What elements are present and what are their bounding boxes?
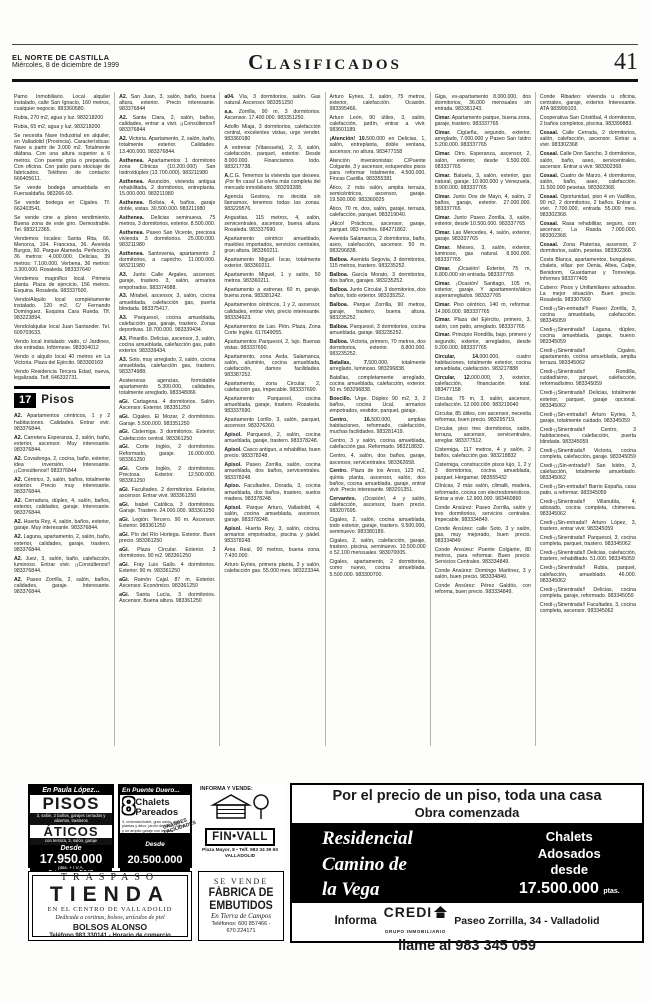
classified-ad: A2. Céntrico, 3, salón, baños, totalment… [14,477,110,495]
classified-ad: aGi. Corte Inglés, 2 dormitorios. Reform… [119,444,215,462]
classified-ad: a,a. Zorrilla, 90 m, 3 dormitorios. Asce… [224,109,320,121]
issue-date: Miércoles, 8 de diciembre de 1999 [12,62,192,71]
classified-ad: Cosaal. Rasa rehabilitar, seguro, con as… [540,221,636,239]
ad-address: Plaza Mayor, 8 • Telf. 983 34 39 60 VALL… [196,848,284,860]
classified-ad: Centro, 16.500.000, amplias habitaciones… [330,417,426,435]
classified-ad: Credi-¡¡Sin-entrada!! Arturo López, 3, t… [540,520,636,532]
classified-ad: aGi. Plaza Circular. Exterior. 3 dormito… [119,547,215,559]
classified-ad: Cimar. Apartamento parque, buena zona, g… [435,115,531,127]
classifieds-column-6: Conde Ribadeo: vivienda u oficina, centr… [535,92,640,746]
display-ad-credi-camino-vega: Por el precio de un piso, toda una casa … [290,783,644,943]
classified-ad: Cooperativa San Cristóbal, 4 dormitorios… [540,115,636,127]
classified-ad: Clínicas, 2 más salón, climalit, madera,… [435,483,531,501]
ad-title-pisos: PISOS [30,795,112,813]
classified-ad: Conde Ansúrez: Pérez Galdós, con reforma… [435,583,531,595]
classified-ad: Rubia, 270 m2, agua y luz. 983218200 [14,115,110,121]
offer-line: Adosados [497,846,642,863]
classified-ad: Cosaal. Calle Cerrada, 2 dormitorios, sa… [540,130,636,148]
classified-ad: Apartamento Miguel Íscar, totalmente ext… [224,257,320,269]
classified-ad: Asthenea. Santovenia, apartamento 2 dorm… [119,251,215,269]
classified-ad: Cimar. ¡Ocasión! Santiago, 105 m, exteri… [435,281,531,299]
title-line: Pareados [135,807,178,818]
classified-ad: Asthenea. Paseo San Vicente, preciosa vi… [119,230,215,248]
classified-ad: Centro, 3 y salón, cocina amueblada, cal… [330,438,426,450]
classified-ad: A.C.G. Tenemos la vivienda que desees. ¡… [224,173,320,191]
phone-line: Teléfonos: 600 857466 - [211,921,270,927]
classified-ad: Asthenea. Apartamentos 1 dormitorio zona… [119,158,215,176]
classified-ad: Credi-¡¡Sinentrada!! Victoria, cocina co… [540,448,636,460]
classified-ad: Aosteneras agencias, formidable apartame… [119,378,215,396]
classified-ad: Cimar. Las Mercedes, 4, salón, exterior,… [435,230,531,242]
ad-subtext: 3, salón, 2 baños, garajes cerrados y ab… [30,813,112,825]
classified-ad: Apartamento Miguel, 1 y salón, 50 metros… [224,272,320,284]
classified-ad: Credi-¡¡Sin-entrada!! Arturo Eyries, 3, … [540,412,636,424]
column1-locales-list: Pamo Inmobiliario. Local alquiler instal… [14,94,110,381]
classified-ad: A2. San Juan, 3, salón, baño, buena altu… [119,94,215,112]
classified-ad: Credi-¡¡Sinentrada!! Delicias, cocina co… [540,587,636,599]
classified-ad: Costa Blanca, apartamentos, bungalows, c… [540,257,636,282]
classified-ad: Cimar. Junto Dos de Mayo, 4, salón, 2 ba… [435,194,531,212]
classified-ad: Giga, es-apartamento 8.000.000, dos dorm… [435,94,531,112]
ad-subtitle: EN EL CENTRO DE VALLADOLID [33,906,187,914]
classified-ad: Credi-¡¡Sin-entrada!! Barrio España, cas… [540,484,636,496]
offer-block: Chalets Adosados desde 17.500.000 ptas. [497,829,642,900]
classified-ad: Arturo León, 90 útiles, 3, salón, calefa… [330,115,426,133]
classified-ad: Vendo/Alquilo local completamente instal… [14,297,110,322]
display-ad-finvall: INFORMA Y VENDE: FIN•VALL Plaza Mayor, 8… [196,784,284,868]
classified-ad: Cimar. Junto Paseo Zorrilla, 3, salón, e… [435,215,531,227]
classified-ad: A3. Mirabel, ascensor, 3, salón, cocina … [119,293,215,311]
classified-ad: ¡Ático! Prácticos, ascensor, garaje, par… [330,221,426,233]
contact-row: Informa CREDI GRUPO INMOBILIARIO Paseo Z… [296,905,638,937]
classified-ad: Circular, 12.000.000, 3, exterior, calef… [435,375,531,393]
classified-ad: Credi-¡¡Sinentrada!! Facultades, 3, coci… [540,602,636,614]
classified-ad: Credi-¡¡Sinentrada!! Rubia, parquet, cal… [540,565,636,583]
display-ad-puente-duero: En Puente Duero... 8 Chalets Pareados 3,… [118,784,192,868]
ad-title-block: 8 Chalets Pareados [120,795,190,820]
classified-ad: A2. Santa Clara, 2, salón, baños, calida… [119,115,215,133]
classified-ad: Cosaal. Cuatro de Marzo, 4 dormitorios, … [540,173,636,191]
classified-ad: Credi-¡¡Sinentrada!! Delicias, calefacci… [540,550,636,562]
section-label: Pisos [41,394,74,408]
classified-ad: A2. Laguna, apartamento, 2, salón, baño,… [14,534,110,552]
classified-ad: Apisol. Parquesol, 2, salón, cocina amue… [224,432,320,444]
classified-ad: Circular, 75 m, 3, salón, ascensor, cale… [435,396,531,408]
classified-ad: Vendemos locales: Santa Rita, 66. Menorc… [14,236,110,273]
ad-subtext: con terraza, 3, salón, garaje [30,838,112,845]
classified-ad: Balboa. Parque Zorrilla, 90 metros, gara… [330,302,426,320]
classified-ad: Apartamentos de Lao. Pión. Plaza, Zona C… [224,324,320,336]
classified-ad: Apisol. Parque Arturo, Valladolid, 4, sa… [224,505,320,523]
masthead-left: EL NORTE DE CASTILLA Miércoles, 8 de dic… [12,53,192,71]
classified-ad: A2. Covadonga, 2, cocina, baño, exterior… [14,456,110,474]
classified-ad: Cimar. Principio Rondilla, bajo, primero… [435,332,531,350]
classified-ad: aGi. Cisterniga. 3 dormitorios. Exterior… [119,429,215,441]
classifieds-column-1: Pamo Inmobiliario. Local alquiler instal… [10,92,114,746]
classified-ad: aGi. Cartagena. 4 dormitorios. Salón. As… [119,399,215,411]
ad-tagline: INFORMA Y VENDE: [196,786,284,792]
classifieds-column-3: a04. Vía, 3 dormitorios, salón. Gas natu… [219,92,324,746]
city-line: VALLADOLID [225,854,256,859]
classified-ad: Cubero: Pisos y Unifamiliares adosados. … [540,285,636,303]
classified-ad: Apisol. Casco antiguo, a rehabilitar, bu… [224,447,320,459]
classified-ad: Ático, 70 m, dos, salón, garaje, terraza… [330,206,426,218]
classified-ad: Credi-¡¡Sinentrada!! Delicias, totalment… [540,390,636,408]
classified-ad: Centro, 4, salón, dos baños, garaje, asc… [330,453,426,465]
classified-ad: Cisterniga, construcción pisos lujo, 1, … [435,462,531,480]
classified-ad: Vendo o alquilo local 40 metros en La Vi… [14,354,110,366]
classified-ad: Balboa. Avenida Segovia, 3 dormitorios, … [330,257,426,269]
section-title: CLASIFICADOS [192,50,458,75]
classified-ad: Batallas, completamente arreglado, cocin… [330,375,426,393]
classified-ad: Se necesita Nave Industrial en alquiler,… [14,133,110,182]
classified-ad: A2. Victoria. Apartamento, 2, salón, bañ… [119,136,215,154]
classified-ad: Adolfo Miaja, 3 dormitorios, calefacción… [224,124,320,142]
classified-ad: A3. Parquesol, cocina amueblada, calefac… [119,315,215,333]
classified-ad: Apartamento a estrenar, 60 m, garaje, bu… [224,287,320,299]
credi-logo-name: CREDI [384,905,448,919]
classified-ad: Se vende cine a pleno rendimiento. Buena… [14,215,110,233]
classified-ad: Circular, 85 útiles, con ascensor, neces… [435,411,531,423]
classified-ad: Cigales, apartamento, 2 dormitorios, com… [330,559,426,577]
classified-ad: Credi-¡¡Sinentrada!! Centro, 3 habitacio… [540,427,636,445]
newspaper-page: EL NORTE DE CASTILLA Miércoles, 8 de dic… [0,0,650,1004]
house-illustration-icon [196,793,284,826]
classified-ad: Ático, 2 más salón, amplia terraza, semi… [330,185,426,203]
classified-ad: aGi. Corte Inglés, 2 dormitorios. Precio… [119,466,215,484]
classified-ad: A3. Pinarillo. Delicias, ascensor, 3, sa… [119,336,215,354]
display-ad-fabrica-embutidos: SE VENDE FÁBRICA DE EMBUTIDOS En Tierra … [198,871,284,941]
ad-body: Residencial Camino de la Vega Chalets Ad… [292,826,642,903]
classified-ad: Apiso. Facultades, Dorada, 3, cocina amu… [224,483,320,501]
ad-location: En Tierra de Campos [199,912,283,921]
price-value: 20.500.000 [127,854,182,866]
classified-ad: aGi. Santa Lucía, 3 dormitorios. Ascenso… [119,592,215,604]
ad-brand: BOLSOS ALONSO [33,922,187,933]
ad-phone: llame al 983 345 059 [296,938,638,954]
classified-ad: Conde Ansúrez: calle Soto, 3 y salón, ga… [435,526,531,544]
classified-ad: Asthenea. Asunción, vivienda antigua reh… [119,179,215,197]
ad-subheadline: Obra comenzada [292,805,642,821]
classified-ad: Asthenea. Bolivia, 4, baños, garaje dobl… [119,200,215,212]
ad-headline-band: Por el precio de un piso, toda una casa … [292,785,642,826]
classified-ad: aGi. Cigales. El Mozar, 2 dormitorios. G… [119,414,215,426]
classified-ad: Apartamento Parquesol, cocina amueblada,… [224,396,320,414]
title-line: EMBUTIDOS [209,900,272,912]
classified-ad: A3. Junto Calle Argales, ascensor, garaj… [119,272,215,290]
classified-ad: Credi-¡¡¡Sin-entrada!!! San Isidro, 3, c… [540,463,636,481]
offer-line: desde [497,862,642,879]
credi-logo: CREDI GRUPO INMOBILIARIO [384,905,448,937]
classified-ad: ¡Atención! 10.500.000 en Delicias, 1, sa… [330,136,426,154]
classified-ad: Apartamento, zona Circular, 2, calefacci… [224,381,320,393]
classified-ad: Pamo Inmobiliario. Local alquiler instal… [14,94,110,112]
classified-ad: Apartamento, zona Avda. Salamanca, salón… [224,354,320,379]
classified-ad: aGi. Legión. Tercero. 90 m. Ascensor. Ex… [119,517,215,529]
classified-ad: Balboa. Junto Circular, 3 dormitorios, d… [330,287,426,299]
masthead: EL NORTE DE CASTILLA Miércoles, 8 de dic… [12,44,638,82]
classified-ad: Cosaal. Oportunidad, piso 4 en Vadillos,… [540,194,636,219]
classified-ad: Conde Ansúrez: Puente Colgante, 80 metro… [435,547,531,565]
classified-ad: Credi-¡¡Sinentrada!! Cigales, apartament… [540,348,636,366]
credi-logo-subtitle: GRUPO INMOBILIARIO [385,929,446,934]
classified-ad: Centro. Plaza de los Arces, 123 m2, quin… [330,468,426,493]
classified-ad: Cosaal. Zona Platerías, ascensor, 2 dorm… [540,242,636,254]
classified-ad: Apisol. Huerta Rey, 3, salón, cocina, ar… [224,526,320,544]
classified-ad: Credi-¡¡Sinentrada!! Parquesol, 3, cocin… [540,535,636,547]
classified-ad: Cigales, 2, salón, calefacción, garaje, … [330,538,426,556]
classified-ad: aGi. Facultades. 2 dormitorios. Exterior… [119,487,215,499]
column1-pisos-list: A2. Apartamentos céntricos, 1 y 2 habita… [14,413,110,595]
classified-ad: Atención inversionistas: C/Puente Colgan… [330,158,426,183]
house-icon [434,906,447,918]
classified-ad: Vendo/alquilar local Juan Santander. Tel… [14,324,110,336]
classified-ad: Apartamento Lorillo, 3, salón, parquet, … [224,417,320,429]
classified-ad: Apartamentos Parquesol, 2, lujo. Buenas … [224,339,320,351]
classifieds-column-4: Arturo Eyries, 3, salón, 75 metros, exte… [325,92,430,746]
classified-ad: Batallas, 7.500.000, totalmente arreglad… [330,360,426,372]
classified-ad: Se vende bodega en Cigales. Tf. 66240354… [14,200,110,212]
display-ad-traspaso-tienda: TRASPASO TIENDA EN EL CENTRO DE VALLADOL… [28,871,192,941]
logo-text: CREDI [384,905,433,919]
ad-title-aticos: ÁTICOS [30,825,112,839]
ad-headline: Por el precio de un piso, toda una casa [292,788,642,805]
classified-ad: Cisterniga, 117 metros, 4 y salón, 2 bañ… [435,447,531,459]
ad-phones: Teléfonos: 600 857466 - 670 224171 [199,921,283,935]
classified-ad: a04. Vía, 3 dormitorios, salón. Gas natu… [224,94,320,106]
display-ad-paula-lopez: En Paula López... PISOS 3, salón, 2 baño… [28,784,114,868]
classified-ad: Cimar. Plaza del Ejército, primero, 3, s… [435,317,531,329]
address-line: Plaza Mayor, 8 • Telf. 983 34 39 60 [202,848,278,853]
classified-ad: Asthenea. Delicias seminueva, 75 metros,… [119,215,215,227]
classified-ad: A2. Huerta Rey, 4, salón, baños, exterio… [14,519,110,531]
informa-label: Informa [334,915,376,927]
classified-ad: Apisol. Paseo Zorrilla, salón, cocina am… [224,462,320,480]
ad-title: TIENDA [33,884,187,905]
classified-ad: Balboa. Parquesol, 3 dormitorios, cocina… [330,324,426,336]
classified-ad: Conde Ansúrez: Paseo Zorrilla, salón y t… [435,505,531,523]
residencial-line: la Vega [322,877,497,903]
title-line: FÁBRICA DE [209,887,274,899]
big-number: 8 [122,796,135,819]
classified-ad: aGi. Ramón Cajal. 87 m. Exterior. Ascens… [119,577,215,589]
classified-ad: Apartamentos céntricos, 1 y 2, ascensor,… [224,302,320,320]
classified-ad: Cimar. ¡Ocasión! Exterior, 75 m, 6.800.0… [435,266,531,278]
residencial-name: Residencial Camino de la Vega [292,826,497,903]
classified-ad: aGi. Fray Luis Gallo. 4 dormitorios. Ext… [119,562,215,574]
ad-inner-frame: TRASPASO TIENDA EN EL CENTRO DE VALLADOL… [32,875,188,937]
classifieds-column-2: A2. San Juan, 3, salón, baño, buena altu… [114,92,219,746]
section-header-pisos: 17 Pisos [14,386,110,408]
classified-ad: Vendo Residencia Tercera Edad, nueva, le… [14,369,110,381]
classified-ad: Cervantes. ¡Ocasión!, 4 y salón, calefac… [330,496,426,514]
offer-line: Chalets [497,829,642,846]
classified-ad: Cimar. Cigüeña, segundo, exterior, arreg… [435,130,531,148]
classified-ad: Cimar. Piso céntrico, 140 m, reformar. 1… [435,302,531,314]
price-suffix: ptas. [603,888,619,895]
classified-ad: Apartamento céntrico amueblado, muebles … [224,236,320,254]
ad-footer-band: Informa CREDI GRUPO INMOBILIARIO Paseo Z… [292,903,642,957]
classified-ad: Circular, piso tres dormitorios, salón, … [435,426,531,444]
classified-ad: Cimar. Batuelu, 3, salón, exterior, gas … [435,173,531,191]
ad-phone: Teléfono 983 330141 - Horario de comerci… [33,933,187,941]
classified-ad: Rubia, 65 m2, agua y luz. 983218200 [14,124,110,130]
classified-ad: aGi. Pío del Río Hortega. Exterior. Buen… [119,532,215,544]
classified-ad: A3. Soto, muy arreglado, 2, salón, cocin… [119,357,215,375]
classifieds-column-5: Giga, es-apartamento 8.000.000, dos dorm… [430,92,535,746]
classified-ad: Conde Ansúrez: Domingo Martínez, 3 y sal… [435,568,531,580]
classified-ad: Credi-¡¡Sinentrada!! Villanubla, 4, ados… [540,499,636,517]
phone-line: 670 224171 [226,928,255,934]
residencial-line: Camino de [322,852,497,878]
ad-description: Dedicada a cortinas, bolsos, artículos d… [33,915,187,923]
ad-kicker: SE VENDE [199,877,283,887]
classified-ad: Angustias, 115 metros, 4, salón, service… [224,215,320,233]
finvall-logo: FIN•VALL [205,828,275,846]
classified-ad: Circular, 14.000.000, cuatro habitacione… [435,354,531,372]
classified-ad: Credi-¡¡Sin-entrada!!! Paseo Zorrilla, 3… [540,306,636,324]
classifieds-area: Pamo Inmobiliario. Local alquiler instal… [10,92,640,746]
page-number: 41 [458,49,638,76]
newspaper-name: EL NORTE DE CASTILLA [12,53,192,62]
classified-ad: A2. Apartamentos céntricos, 1 y 2 habita… [14,413,110,431]
classified-ad: Avenida Salamanca, 2 dormitorios, baño, … [330,236,426,254]
classified-ad: A2. Juez, 3, salón, baño, calefacción, l… [14,556,110,574]
classified-ad: Arturo Eyries, primera planta, 3 y salón… [224,562,320,574]
classified-ad: Balboa. García Morato, 3 dormitorios, do… [330,272,426,284]
classified-ad: Agencia Gestora, no decida sin llamarnos… [224,194,320,212]
classified-ad: Arturo Eyries, 3, salón, 75 metros, exte… [330,94,426,112]
classified-ad: A2. Cerradura, dúplex, 4, salón, baños, … [14,498,110,516]
price-value: 17.500.000 [519,880,599,897]
classified-ad: Se vende bodega amueblada en Fuensaldaña… [14,185,110,197]
classified-ad: A2. Carretera Esperanza, 2, salón, baño,… [14,435,110,453]
classified-ad: Cimar. Mieses, 3, salón, exterior, lumin… [435,245,531,263]
price-label: Desde [145,841,165,848]
residencial-line: Residencial [322,826,497,852]
ad-title: FÁBRICA DE EMBUTIDOS [202,887,279,911]
ad-address: Paseo Zorrilla, 34 - Valladolid [454,915,599,927]
classified-ad: Balboa. Victoria, primero, 70 metros, do… [330,339,426,357]
classified-ad: Cosaal. Calle Don Sancho, 3 dormitorios,… [540,151,636,169]
classified-ad: Cimar. Otro. Esperanza, ascensor, 2, sal… [435,151,531,169]
section-number: 17 [14,393,36,408]
classified-ad: Vendo local instalado: vado, c/ Jardines… [14,339,110,351]
classified-ad: A estrenar (Vitaesuela), 2, 3, salón, ca… [224,145,320,170]
classified-ad: Boecillo. Urge. Dúplex 90 m2, 3, 2 baños… [330,396,426,414]
classified-ad: Área Real, 90 metros, buena zona. 7.430.… [224,547,320,559]
classified-ad: Credi-¡¡Sinentrada!! Laguna, dúplex, coc… [540,327,636,345]
classified-ad: Vendemos magnífico local. Primera planta… [14,276,110,294]
classified-ad: Conde Ribadeo: vivienda u oficina, centr… [540,94,636,112]
classified-ad: aGi. Isabel Católica, 3 dormitorios. Gar… [119,502,215,514]
price-value: 17.950.000 [30,853,112,867]
classified-ad: A2. Paseo Zorrilla, 2, salón, baños, cal… [14,577,110,595]
classified-ad: Credi-¡¡Sinentrada!! Rondilla, cuidadísi… [540,369,636,387]
offer-price: 17.500.000 ptas. [497,879,642,900]
ad-title: Chalets Pareados [135,796,178,817]
classified-ad: Cigales, 2, salón, cocina amueblada, tod… [330,517,426,535]
